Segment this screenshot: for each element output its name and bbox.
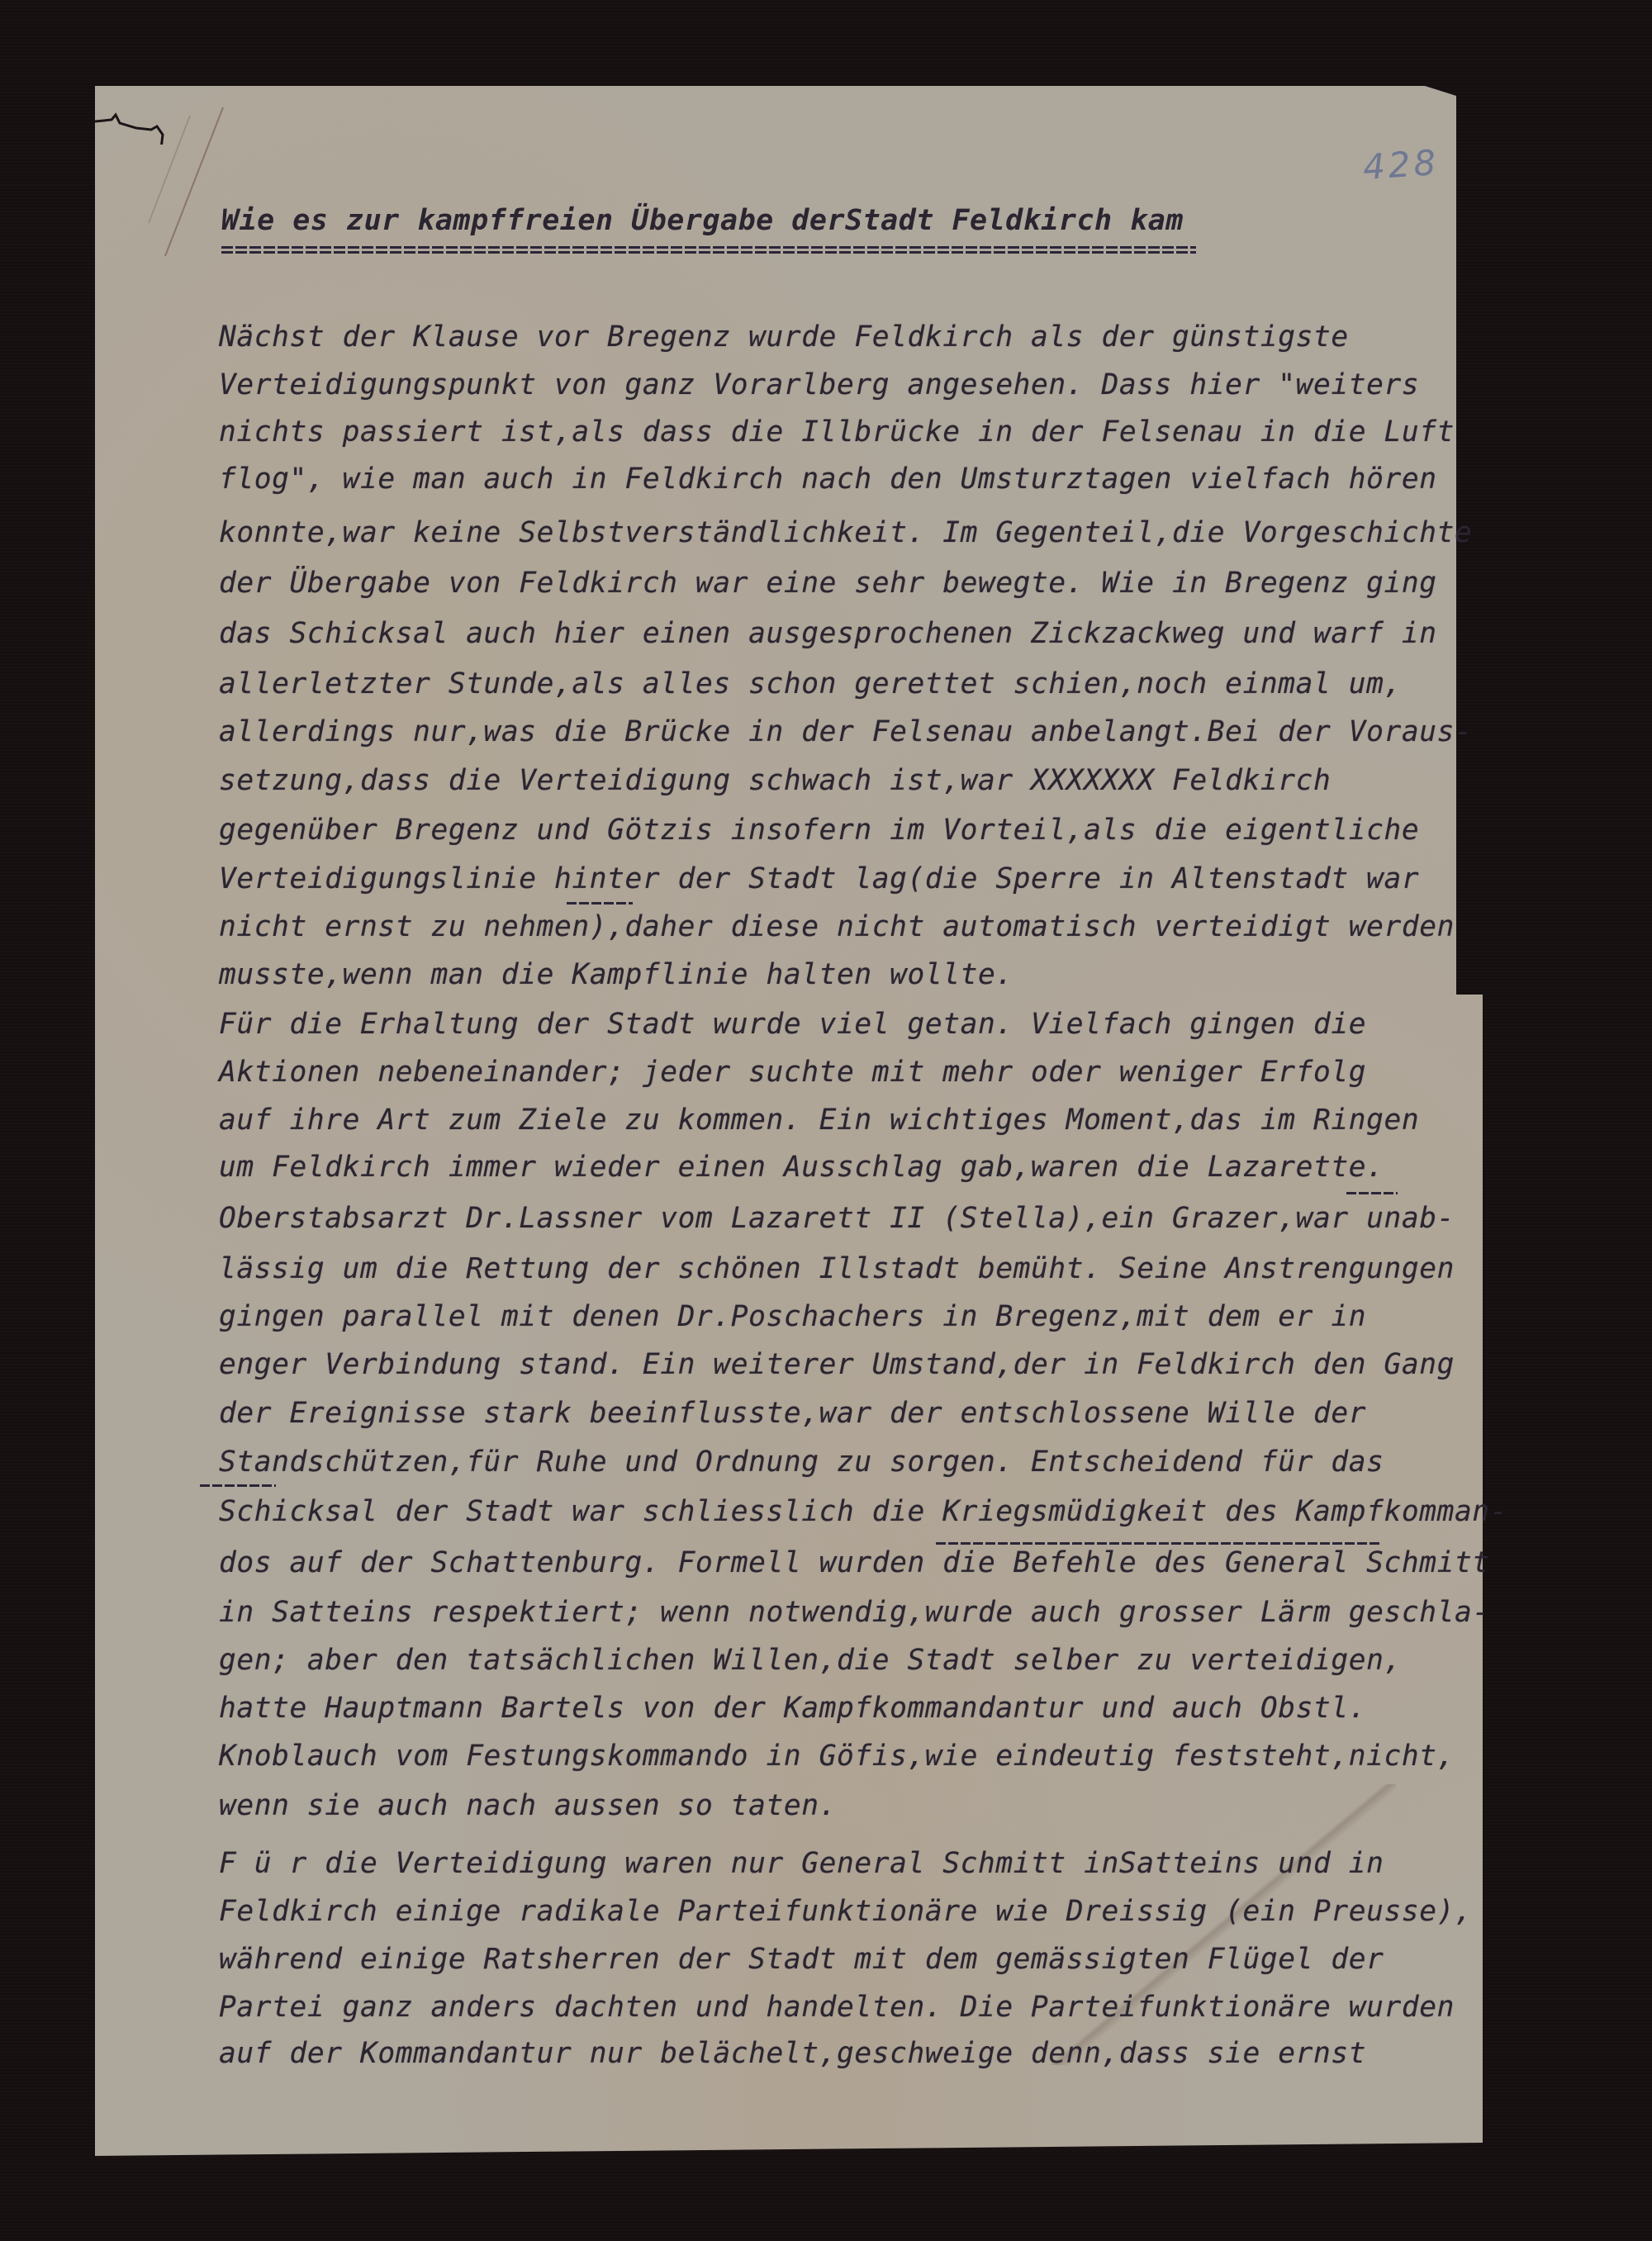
paper-crease-mark: [132, 99, 231, 264]
text-line: Oberstabsarzt Dr.Lassner vom Lazarett II…: [219, 1202, 1455, 1235]
text-line: wenn sie auch nach aussen so taten.: [219, 1789, 837, 1822]
text-line: Standschützen,für Ruhe und Ordnung zu so…: [219, 1446, 1384, 1479]
text-line: nichts passiert ist,als dass die Illbrüc…: [219, 415, 1455, 449]
text-line: Verteidigungslinie hinter der Stadt lag(…: [219, 862, 1419, 895]
underline-standschuetzen: [200, 1484, 276, 1487]
text-line: Nächst der Klause vor Bregenz wurde Feld…: [219, 320, 1349, 354]
text-line: dos auf der Schattenburg. Formell wurden…: [219, 1546, 1490, 1579]
underline-hinter: [567, 902, 633, 904]
text-line: in Satteins respektiert; wenn notwendig,…: [219, 1596, 1490, 1629]
text-line: gingen parallel mit denen Dr.Poschachers…: [219, 1300, 1366, 1333]
text-line: um Feldkirch immer wieder einen Ausschla…: [219, 1151, 1384, 1184]
text-line: setzung,dass die Verteidigung schwach is…: [219, 764, 1331, 797]
text-line: flog", wie man auch in Feldkirch nach de…: [219, 463, 1437, 496]
text-line: allerletzter Stunde,als alles schon gere…: [219, 667, 1402, 700]
text-line: der Ereignisse stark beeinflusste,war de…: [219, 1397, 1366, 1430]
title-double-underline: [221, 246, 1196, 254]
text-line: Schicksal der Stadt war schliesslich die…: [219, 1495, 1507, 1528]
text-line: das Schicksal auch hier einen ausgesproc…: [219, 617, 1437, 650]
text-line: Partei ganz anders dachten und handelten…: [219, 1991, 1455, 2024]
text-line: konnte,war keine Selbstverständlichkeit.…: [219, 516, 1472, 549]
underline-lazarette: [1346, 1192, 1398, 1194]
document-title: Wie es zur kampffreien Übergabe derStadt…: [221, 204, 1184, 237]
text-line: während einige Ratsherren der Stadt mit …: [219, 1943, 1384, 1976]
text-line: gen; aber den tatsächlichen Willen,die S…: [219, 1644, 1402, 1677]
text-line: Knoblauch vom Festungskommando in Göfis,…: [219, 1740, 1455, 1773]
text-line: auf der Kommandantur nur belächelt,gesch…: [219, 2037, 1366, 2070]
text-line: lässig um die Rettung der schönen Illsta…: [219, 1252, 1455, 1285]
underline-kriegsmuedigkeit: [936, 1542, 1380, 1545]
text-line: Aktionen nebeneinander; jeder suchte mit…: [219, 1056, 1366, 1089]
text-line: Feldkirch einige radikale Parteifunktion…: [219, 1895, 1472, 1928]
text-line: der Übergabe von Feldkirch war eine sehr…: [219, 567, 1437, 600]
text-line: nicht ernst zu nehmen),daher diese nicht…: [219, 910, 1455, 943]
text-line: hatte Hauptmann Bartels von der Kampfkom…: [219, 1692, 1366, 1725]
folio-number: 428: [1361, 142, 1440, 188]
text-line: Für die Erhaltung der Stadt wurde viel g…: [219, 1008, 1366, 1041]
text-line: Verteidigungspunkt von ganz Vorarlberg a…: [219, 368, 1419, 401]
text-line: gegenüber Bregenz und Götzis insofern im…: [219, 814, 1419, 847]
text-line: auf ihre Art zum Ziele zu kommen. Ein wi…: [219, 1104, 1419, 1137]
text-line: F ü r die Verteidigung waren nur General…: [219, 1847, 1384, 1880]
text-line: enger Verbindung stand. Ein weiterer Ums…: [219, 1348, 1455, 1381]
text-line: allerdings nur,was die Brücke in der Fel…: [219, 715, 1472, 748]
text-line: musste,wenn man die Kampflinie halten wo…: [219, 958, 1014, 991]
